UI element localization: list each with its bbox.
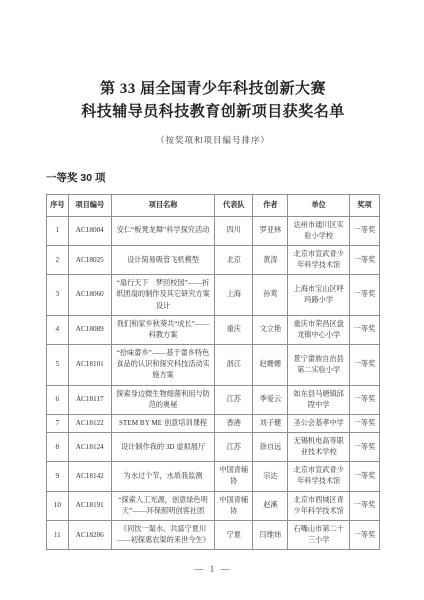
table-cell: AC18124 <box>68 433 111 462</box>
table-cell: 浙江 <box>215 345 253 385</box>
table-cell: AC18101 <box>68 345 111 385</box>
table-cell: 宗达 <box>253 462 288 491</box>
table-cell: AC18004 <box>68 216 111 245</box>
column-header: 单位 <box>288 194 350 216</box>
table-cell: “拾味畲乡”——基于畲乡特色食品的认识和探究科技活动实施方案 <box>111 345 214 385</box>
table-cell: AC18122 <box>68 414 111 432</box>
table-cell: 无锡机电高等职业技术学校 <box>288 433 350 462</box>
table-cell: 7 <box>47 414 69 432</box>
column-header: 作者 <box>253 194 288 216</box>
table-cell: 北京市西城区青少年科学技术馆 <box>288 491 350 520</box>
table-cell: 一等奖 <box>349 245 379 274</box>
table-cell: “探索人工光源，创意绿色明天”——环保照明创客社团 <box>111 491 214 520</box>
table-cell: 北京市宣武青少年科学技术馆 <box>288 245 350 274</box>
table-cell: 重庆 <box>215 315 253 344</box>
table-cell: 香港 <box>215 414 253 432</box>
table-cell: AC18060 <box>68 275 111 315</box>
table-cell: 一等奖 <box>349 315 379 344</box>
table-cell: 设计简易吸管飞机模型 <box>111 245 214 274</box>
table-cell: 2 <box>47 245 69 274</box>
table-cell: 闫维炜 <box>253 520 288 549</box>
table-row: 6AC18117探索身边微生物细菌利用与防范的奥秘江苏季爱云如东县马塘镇邱陞中学… <box>47 385 380 414</box>
table-cell: 为水过个节，水质我监测 <box>111 462 214 491</box>
table-cell: 重庆市荣昌区盘龙镇中心小学 <box>288 315 350 344</box>
table-cell: 一等奖 <box>349 345 379 385</box>
table-cell: 达州市通川区实验小学校 <box>288 216 350 245</box>
table-row: 1AC18004安仁“板凳龙舞”科学探究活动四川罗亚林达州市通川区实验小学校一等… <box>47 216 380 245</box>
table-cell: 一等奖 <box>349 275 379 315</box>
table-cell: 江苏 <box>215 385 253 414</box>
table-cell: 一等奖 <box>349 385 379 414</box>
table-cell: 圣公会基孝中学 <box>288 414 350 432</box>
document-title: 第 33 届全国青少年科技创新大赛 科技辅导员科技教育创新项目获奖名单 <box>46 78 380 125</box>
table-cell: “扇行天下 梦回校园”——折纸团扇的制作及其它研究方案设计 <box>111 275 214 315</box>
table-cell: 孙莺 <box>253 275 288 315</box>
table-cell: 赵溪 <box>253 491 288 520</box>
table-cell: 6 <box>47 385 69 414</box>
document-page: 第 33 届全国青少年科技创新大赛 科技辅导员科技教育创新项目获奖名单 （按奖项… <box>0 0 424 600</box>
table-cell: 一等奖 <box>349 520 379 549</box>
column-header: 项目编号 <box>68 194 111 216</box>
column-header: 项目名称 <box>111 194 214 216</box>
table-cell: 上海市宝山区呼玛路小学 <box>288 275 350 315</box>
table-cell: AC18117 <box>68 385 111 414</box>
table-row: 10AC18191“探索人工光源，创意绿色明天”——环保照明创客社团中国青辅协赵… <box>47 491 380 520</box>
section-heading-first-prize: 一等奖 30 项 <box>46 170 380 185</box>
table-cell: 赵姗姗 <box>253 345 288 385</box>
table-row: 3AC18060“扇行天下 梦回校园”——折纸团扇的制作及其它研究方案设计上海孙… <box>47 275 380 315</box>
table-cell: 设计制作我的 3D 虚拟展厅 <box>111 433 214 462</box>
table-row: 9AC18142为水过个节，水质我监测中国青辅协宗达北京市宣武青少年科学技术馆一… <box>47 462 380 491</box>
table-row: 4AC18089我们和家乡秋葵共“成长”——科教方案重庆文立艳重庆市荣昌区盘龙镇… <box>47 315 380 344</box>
table-cell: 北京市宣武青少年科学技术馆 <box>288 462 350 491</box>
table-cell: 石嘴山市第二十三小学 <box>288 520 350 549</box>
table-cell: 一等奖 <box>349 216 379 245</box>
table-cell: AC18142 <box>68 462 111 491</box>
sort-note: （按奖项和项目编号排序） <box>46 134 380 146</box>
table-cell: 《同饮一渠水、共富宁夏川——初探惠农渠的来世今生》 <box>111 520 214 549</box>
table-cell: STEM BY ME 创意培训课程 <box>111 414 214 432</box>
table-cell: 10 <box>47 491 69 520</box>
table-cell: 一等奖 <box>349 433 379 462</box>
table-cell: 中国青辅协 <box>215 491 253 520</box>
table-cell: 安仁“板凳龙舞”科学探究活动 <box>111 216 214 245</box>
header-row: 序号项目编号项目名称代表队作者单位奖项 <box>47 194 380 216</box>
table-cell: 4 <box>47 315 69 344</box>
table-cell: AC18191 <box>68 491 111 520</box>
table-cell: 江苏 <box>215 433 253 462</box>
table-cell: 黄涛 <box>253 245 288 274</box>
table-cell: 一等奖 <box>349 491 379 520</box>
table-row: 11AC18206《同饮一渠水、共富宁夏川——初探惠农渠的来世今生》宁夏闫维炜石… <box>47 520 380 549</box>
table-cell: AC18206 <box>68 520 111 549</box>
page-number: — 1 — <box>46 564 380 574</box>
table-cell: 宁夏 <box>215 520 253 549</box>
awards-table-body: 1AC18004安仁“板凳龙舞”科学探究活动四川罗亚林达州市通川区实验小学校一等… <box>47 216 380 550</box>
table-cell: 3 <box>47 275 69 315</box>
column-header: 奖项 <box>349 194 379 216</box>
table-cell: 中国青辅协 <box>215 462 253 491</box>
table-cell: 8 <box>47 433 69 462</box>
table-cell: 我们和家乡秋葵共“成长”——科教方案 <box>111 315 214 344</box>
table-cell: 一等奖 <box>349 414 379 432</box>
table-row: 5AC18101“拾味畲乡”——基于畲乡特色食品的认识和探究科技活动实施方案浙江… <box>47 345 380 385</box>
table-cell: 上海 <box>215 275 253 315</box>
table-cell: 北京 <box>215 245 253 274</box>
table-cell: 景宁畲族自治县第二实验小学 <box>288 345 350 385</box>
table-cell: 刘子健 <box>253 414 288 432</box>
table-cell: AC18025 <box>68 245 111 274</box>
table-row: 2AC18025设计简易吸管飞机模型北京黄涛北京市宣武青少年科学技术馆一等奖 <box>47 245 380 274</box>
table-cell: 季爱云 <box>253 385 288 414</box>
table-cell: 如东县马塘镇邱陞中学 <box>288 385 350 414</box>
table-cell: 罗亚林 <box>253 216 288 245</box>
table-cell: 一等奖 <box>349 462 379 491</box>
table-cell: 5 <box>47 345 69 385</box>
table-cell: 徐自远 <box>253 433 288 462</box>
table-cell: 四川 <box>215 216 253 245</box>
column-header: 代表队 <box>215 194 253 216</box>
title-line-1: 第 33 届全国青少年科技创新大赛 <box>46 78 380 101</box>
table-cell: 文立艳 <box>253 315 288 344</box>
table-cell: 探索身边微生物细菌利用与防范的奥秘 <box>111 385 214 414</box>
title-line-2: 科技辅导员科技教育创新项目获奖名单 <box>46 101 380 124</box>
awards-table-header: 序号项目编号项目名称代表队作者单位奖项 <box>47 194 380 216</box>
table-cell: 1 <box>47 216 69 245</box>
table-row: 7AC18122STEM BY ME 创意培训课程香港刘子健圣公会基孝中学一等奖 <box>47 414 380 432</box>
table-cell: AC18089 <box>68 315 111 344</box>
column-header: 序号 <box>47 194 69 216</box>
table-cell: 9 <box>47 462 69 491</box>
table-cell: 11 <box>47 520 69 549</box>
awards-table: 序号项目编号项目名称代表队作者单位奖项 1AC18004安仁“板凳龙舞”科学探究… <box>46 194 380 551</box>
table-row: 8AC18124设计制作我的 3D 虚拟展厅江苏徐自远无锡机电高等职业技术学校一… <box>47 433 380 462</box>
